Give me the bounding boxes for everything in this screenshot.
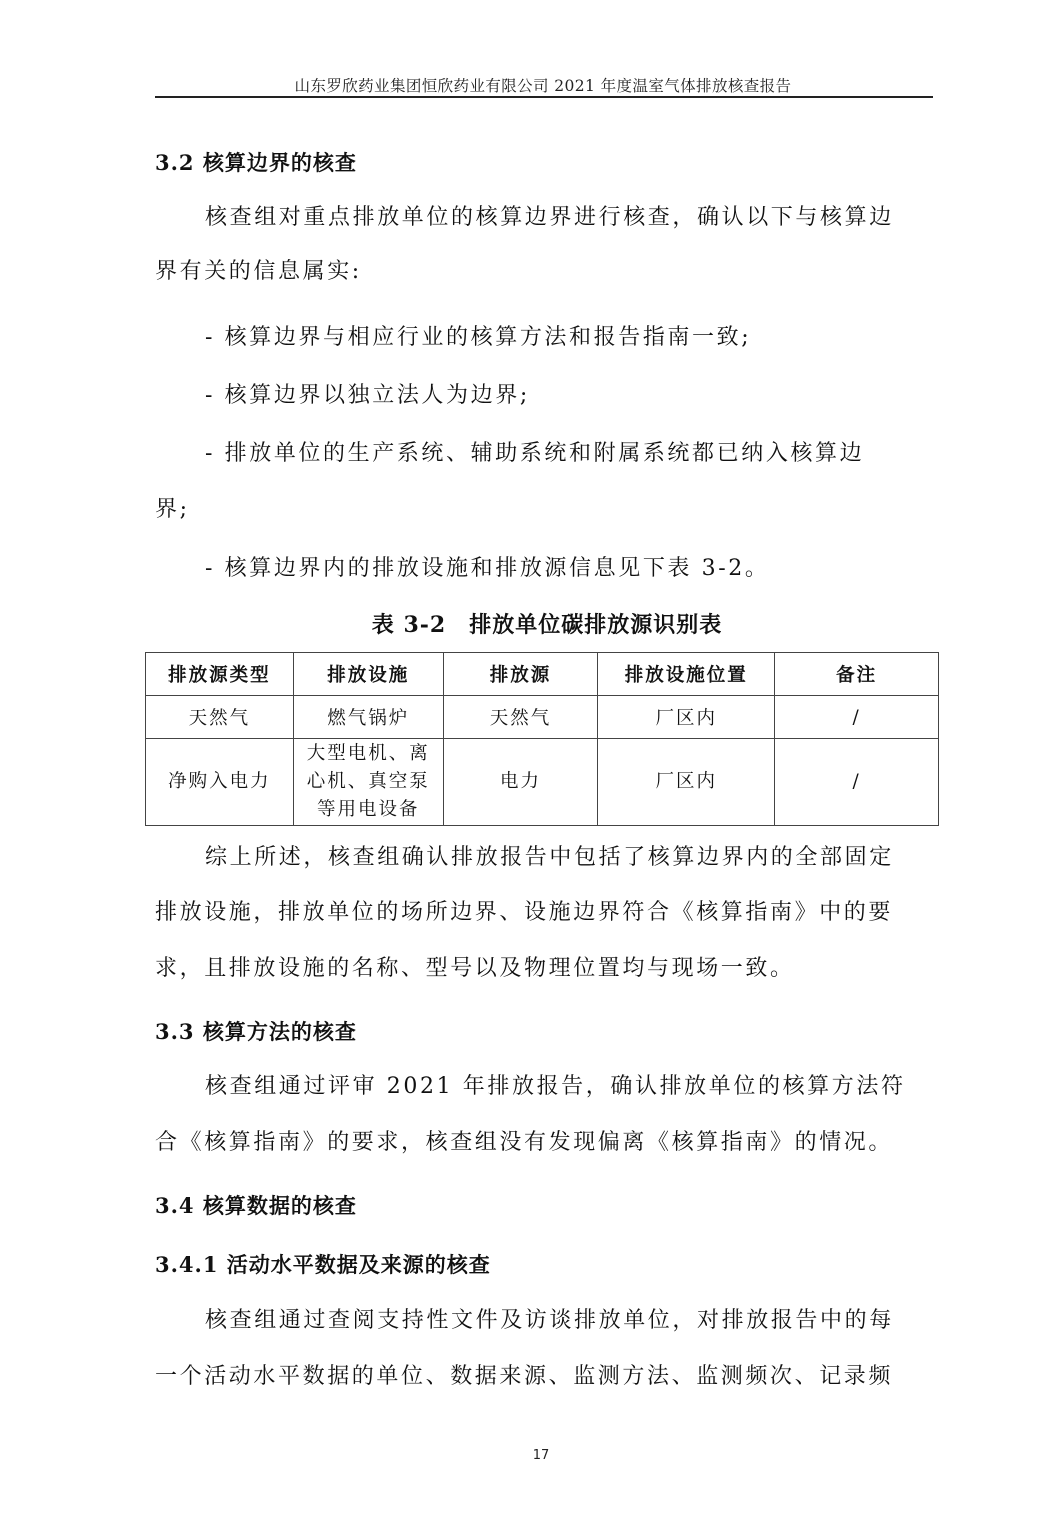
summary-line2: 排放设施，排放单位的场所边界、设施边界符合《核算指南》中的要 [155, 886, 930, 940]
column-header: 排放设施 [293, 653, 443, 696]
table-cell: / [775, 696, 939, 739]
section-heading-3-3: 3.3 核算方法的核查 [155, 1016, 357, 1046]
paragraph-3-2-intro-line1: 核查组对重点排放单位的核算边界进行核查，确认以下与核算边 [155, 191, 930, 245]
bullet-item-continuation: 界; [155, 492, 190, 523]
paragraph-3-4-1-line1: 核查组通过查阅支持性文件及访谈排放单位，对排放报告中的每 [155, 1294, 930, 1348]
paragraph-3-3-line1: 核查组通过评审 2021 年排放报告，确认排放单位的核算方法符 [155, 1060, 930, 1114]
paragraph-3-4-1-line2: 一个活动水平数据的单位、数据来源、监测方法、监测频次、记录频 [155, 1350, 930, 1404]
section-heading-3-2: 3.2 核算边界的核查 [155, 147, 357, 177]
header-divider [155, 96, 933, 98]
section-heading-3-4: 3.4 核算数据的核查 [155, 1190, 357, 1220]
table-row: 净购入电力 大型电机、离 心机、真空泵 等用电设备 电力 厂区内 / [146, 739, 939, 826]
bullet-item: - 排放单位的生产系统、辅助系统和附属系统都已纳入核算边 [205, 436, 864, 467]
summary-line3: 求，且排放设施的名称、型号以及物理位置均与现场一致。 [155, 942, 930, 996]
table-cell: 电力 [443, 739, 598, 826]
table-cell: 厂区内 [598, 739, 775, 826]
table-cell: 厂区内 [598, 696, 775, 739]
page-number: 17 [0, 1448, 1060, 1463]
cell-line: 心机、真空泵 [295, 768, 442, 796]
table-caption: 表 3-2 排放单位碳排放源识别表 [0, 608, 1060, 639]
paragraph-3-2-intro-line2: 界有关的信息属实: [155, 245, 930, 299]
cell-line: 大型电机、离 [295, 740, 442, 768]
table-row: 天然气 燃气锅炉 天然气 厂区内 / [146, 696, 939, 739]
table-cell: 天然气 [146, 696, 294, 739]
table-cell: 燃气锅炉 [293, 696, 443, 739]
table-cell: 净购入电力 [146, 739, 294, 826]
table-header-row: 排放源类型 排放设施 排放源 排放设施位置 备注 [146, 653, 939, 696]
column-header: 排放设施位置 [598, 653, 775, 696]
table-cell: / [775, 739, 939, 826]
table-cell-multiline: 大型电机、离 心机、真空泵 等用电设备 [293, 739, 443, 826]
section-heading-3-4-1: 3.4.1 活动水平数据及来源的核查 [155, 1249, 491, 1279]
cell-line: 等用电设备 [295, 796, 442, 824]
column-header: 备注 [775, 653, 939, 696]
emission-source-table: 排放源类型 排放设施 排放源 排放设施位置 备注 天然气 燃气锅炉 天然气 厂区… [145, 652, 939, 826]
column-header: 排放源类型 [146, 653, 294, 696]
bullet-item: - 核算边界内的排放设施和排放源信息见下表 3-2。 [205, 551, 769, 582]
table-cell: 天然气 [443, 696, 598, 739]
document-header: 山东罗欣药业集团恒欣药业有限公司 2021 年度温室气体排放核查报告 [0, 74, 1060, 96]
summary-line1: 综上所述，核查组确认排放报告中包括了核算边界内的全部固定 [155, 831, 930, 885]
column-header: 排放源 [443, 653, 598, 696]
paragraph-3-3-line2: 合《核算指南》的要求，核查组没有发现偏离《核算指南》的情况。 [155, 1116, 930, 1170]
bullet-item: - 核算边界以独立法人为边界; [205, 378, 530, 409]
bullet-item: - 核算边界与相应行业的核算方法和报告指南一致; [205, 320, 751, 351]
